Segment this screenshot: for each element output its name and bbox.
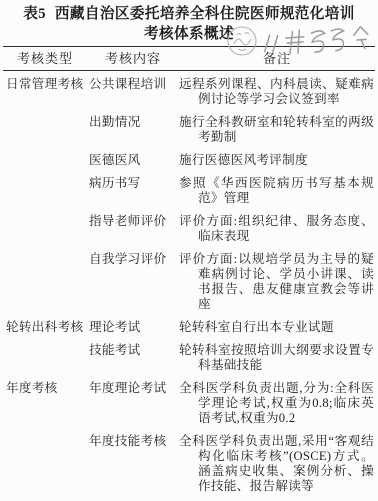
cell-type <box>3 252 87 312</box>
caption-title-line2: 考核体系概述 <box>144 26 234 42</box>
assessment-table: 考核类型 考核内容 备注 日常管理考核 公共课程培训 远程系列课程、内科晨读、疑… <box>3 46 375 501</box>
cell-note: 评价方面:以规培学员为主导的疑难病例讨论、学员小讲课、读书报告、患友健康宣教会等… <box>179 252 375 312</box>
cell-type <box>3 176 87 206</box>
cell-note: 轮转科室按照培训大纲要求设置专科基础技能 <box>179 343 375 373</box>
cell-type: 日常管理考核 <box>3 77 87 107</box>
cell-type <box>3 343 87 373</box>
cell-note: 评价方面:组织纪律、服务态度、临床表现 <box>179 214 375 244</box>
cell-content: 指导老师评价 <box>87 214 179 244</box>
cell-note: 参照《华西医院病历书写基本规范》管理 <box>179 176 375 206</box>
table-row: 医德医风 施行医德医风考评制度 <box>3 153 375 168</box>
cell-note: 远程系列课程、内科晨读、疑难病例讨论等学习会议签到率 <box>179 77 375 107</box>
cell-content: 技能考试 <box>87 343 179 373</box>
table-header: 考核类型 考核内容 备注 <box>3 46 375 71</box>
cell-content: 病历书写 <box>87 176 179 206</box>
cell-content: 医德医风 <box>87 153 179 168</box>
column-header-type: 考核类型 <box>3 51 87 66</box>
table-row: 技能考试 轮转科室按照培训大纲要求设置专科基础技能 <box>3 343 375 373</box>
table-body: 日常管理考核 公共课程培训 远程系列课程、内科晨读、疑难病例讨论等学习会议签到率… <box>3 71 375 501</box>
table-caption: 表5西藏自治区委托培养全科住院医师规范化培训 考核体系概述 <box>3 4 375 44</box>
column-header-content: 考核内容 <box>87 51 179 66</box>
cell-content: 自我学习评价 <box>87 252 179 312</box>
cell-content: 理论考试 <box>87 320 179 335</box>
table-row: 轮转出科考核 理论考试 轮转科室自行出本专业试题 <box>3 320 375 335</box>
caption-title-line1: 西藏自治区委托培养全科住院医师规范化培训 <box>55 6 355 22</box>
cell-note: 施行全科教研室和轮转科室的两级考勤制 <box>179 115 375 145</box>
cell-content: 年度理论考试 <box>87 381 179 426</box>
cell-type: 轮转出科考核 <box>3 320 87 335</box>
table-row: 年度技能考核 全科医学科负责出题,采用“客观结构化临床考核”(OSCE)方式。涵… <box>3 434 375 494</box>
cell-content: 年度技能考核 <box>87 434 179 494</box>
column-header-note: 备注 <box>179 51 375 66</box>
cell-type: 年度考核 <box>3 381 87 426</box>
table-row: 日常管理考核 公共课程培训 远程系列课程、内科晨读、疑难病例讨论等学习会议签到率 <box>3 77 375 107</box>
page: 表5西藏自治区委托培养全科住院医师规范化培训 考核体系概述 考核类型 考核 <box>0 0 378 501</box>
cell-note: 全科医学科负责出题,采用“客观结构化临床考核”(OSCE)方式。涵盖病史收集、案… <box>179 434 375 494</box>
cell-content: 公共课程培训 <box>87 77 179 107</box>
cell-type <box>3 153 87 168</box>
table-row: 出勤情况 施行全科教研室和轮转科室的两级考勤制 <box>3 115 375 145</box>
cell-content: 出勤情况 <box>87 115 179 145</box>
cell-type <box>3 214 87 244</box>
caption-number: 表5 <box>23 6 46 22</box>
table-row: 自我学习评价 评价方面:以规培学员为主导的疑难病例讨论、学员小讲课、读书报告、患… <box>3 252 375 312</box>
cell-note: 轮转科室自行出本专业试题 <box>179 320 375 335</box>
cell-type <box>3 434 87 494</box>
cell-note: 施行医德医风考评制度 <box>179 153 375 168</box>
table-row: 年度考核 年度理论考试 全科医学科负责出题,分为:全科医学理论考试,权重为0.8… <box>3 381 375 426</box>
table-row: 指导老师评价 评价方面:组织纪律、服务态度、临床表现 <box>3 214 375 244</box>
cell-note: 全科医学科负责出题,分为:全科医学理论考试,权重为0.8;临床英语考试,权重为0… <box>179 381 375 426</box>
cell-type <box>3 115 87 145</box>
table-row: 病历书写 参照《华西医院病历书写基本规范》管理 <box>3 176 375 206</box>
